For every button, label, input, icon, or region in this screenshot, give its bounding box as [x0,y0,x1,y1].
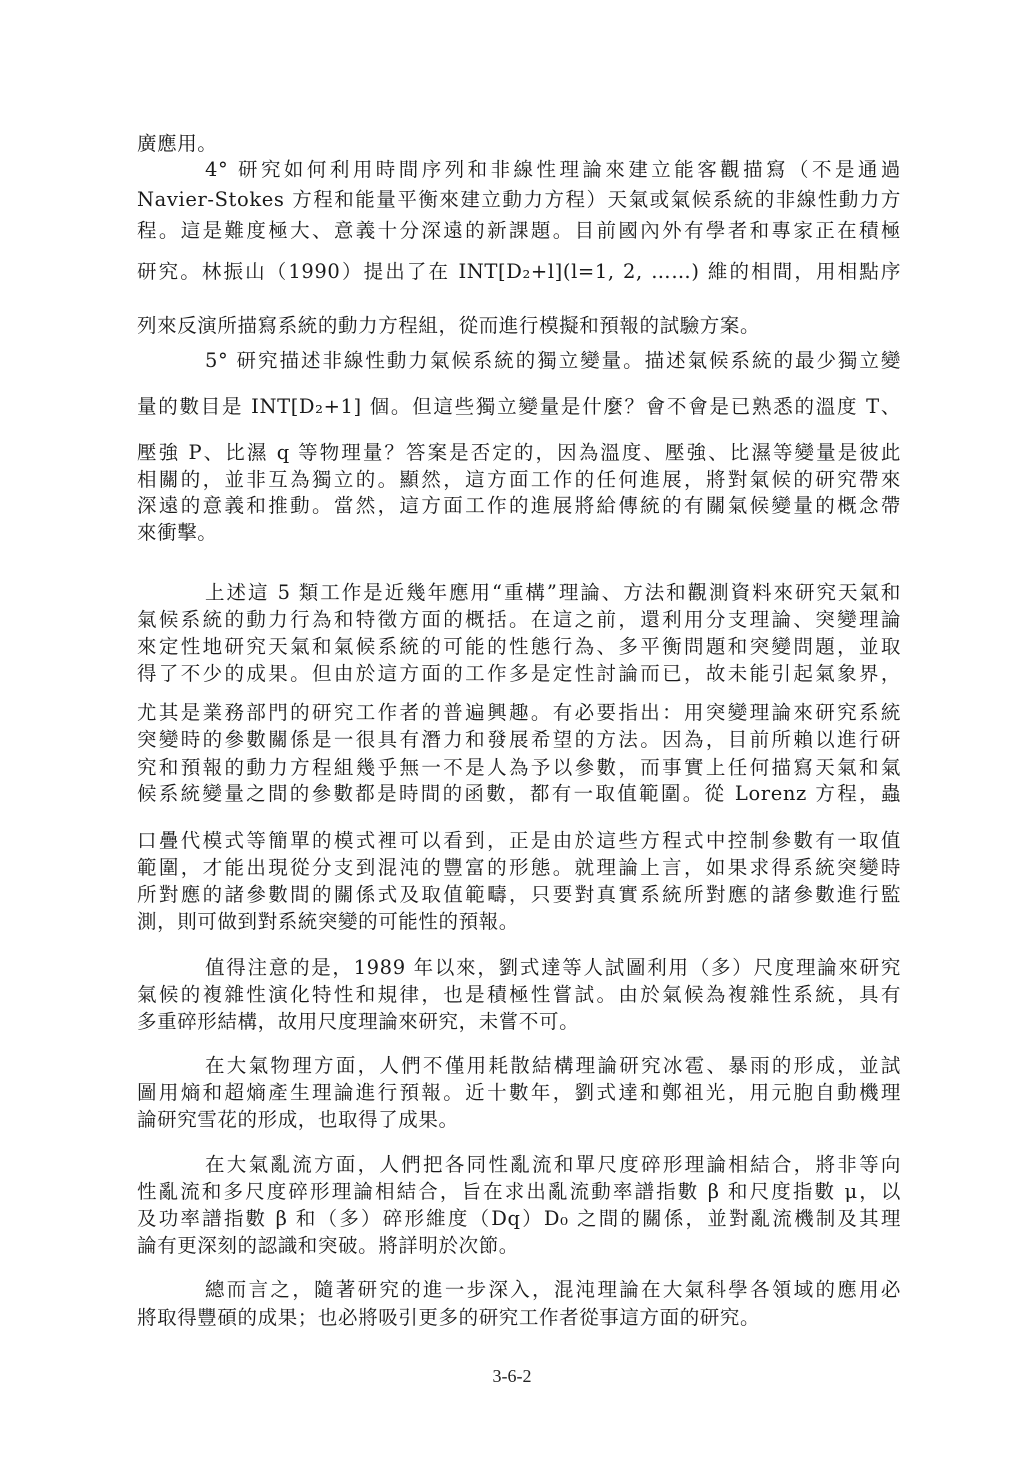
text-line: 上述這 5 類工作是近幾年應用“重構”理論、方法和觀測資料來研究天氣和 [205,580,901,606]
text-line: 程。這是難度極大、意義十分深遠的新課題。目前國內外有學者和專家正在積極 [137,218,901,244]
text-line: 多重碎形結構，故用尺度理論來研究，未嘗不可。 [137,1009,901,1035]
text-line: 在大氣亂流方面，人們把各同性亂流和單尺度碎形理論相結合，將非等向 [205,1152,901,1178]
text-line: 候系統變量之間的參數都是時間的函數，都有一取值範圍。從 Lorenz 方程，蟲 [137,781,901,807]
text-line: 來定性地研究天氣和氣候系統的可能的性態行為、多平衡問題和突變問題，並取 [137,634,901,660]
text-line: 性亂流和多尺度碎形理論相結合，旨在求出亂流動率譜指數 β 和尺度指數 μ，以 [137,1179,901,1205]
text-line: 深遠的意義和推動。當然，這方面工作的進展將給傳統的有關氣候變量的概念帶 [137,493,901,519]
text-line: 在大氣物理方面，人們不僅用耗散結構理論研究冰雹、暴雨的形成，並試 [205,1053,901,1079]
text-line: 值得注意的是，1989 年以來，劉式達等人試圖利用（多）尺度理論來研究 [205,955,901,981]
text-line: 論有更深刻的認識和突破。將詳明於次節。 [137,1233,901,1259]
text-line: 5° 研究描述非線性動力氣候系統的獨立變量。描述氣候系統的最少獨立變 [205,348,901,374]
text-line: 圖用熵和超熵產生理論進行預報。近十數年，劉式達和鄭祖光，用元胞自動機理 [137,1080,901,1106]
text-line: Navier-Stokes 方程和能量平衡來建立動力方程）天氣或氣候系統的非線性… [137,187,901,213]
text-line: 廣應用。 [137,131,901,157]
text-line: 口疊代模式等簡單的模式裡可以看到，正是由於這些方程式中控制參數有一取值 [137,828,901,854]
text-line: 研究。林振山（1990）提出了在 INT[D₂+l](l=1, 2, ……) 維… [137,259,901,285]
text-line: 及功率譜指數 β 和（多）碎形維度（Dq）D₀ 之間的關係，並對亂流機制及其理 [137,1206,901,1232]
text-line: 4° 研究如何利用時間序列和非線性理論來建立能客觀描寫（不是通過 [205,157,901,183]
text-line: 突變時的參數關係是一很具有潛力和發展希望的方法。因為，目前所賴以進行研 [137,727,901,753]
text-line: 尤其是業務部門的研究工作者的普遍興趣。有必要指出：用突變理論來研究系統 [137,700,901,726]
text-line: 總而言之，隨著研究的進一步深入，混沌理論在大氣科學各領域的應用必 [205,1277,901,1303]
text-line: 來衝擊。 [137,520,901,546]
text-line: 壓強 P、比濕 q 等物理量？答案是否定的，因為溫度、壓強、比濕等變量是彼此 [137,440,901,466]
text-line: 得了不少的成果。但由於這方面的工作多是定性討論而已，故未能引起氣象界， [137,661,901,687]
text-line: 論研究雪花的形成，也取得了成果。 [137,1107,901,1133]
text-line: 相關的，並非互為獨立的。顯然，這方面工作的任何進展，將對氣候的研究帶來 [137,467,901,493]
text-line: 測，則可做到對系統突變的可能性的預報。 [137,909,901,935]
text-line: 究和預報的動力方程組幾乎無一不是人為予以參數，而事實上任何描寫天氣和氣 [137,755,901,781]
text-line: 列來反演所描寫系統的動力方程組，從而進行模擬和預報的試驗方案。 [137,313,901,339]
text-line: 將取得豐碩的成果；也必將吸引更多的研究工作者從事這方面的研究。 [137,1305,901,1331]
text-line: 所對應的諸參數間的關係式及取值範疇，只要對真實系統所對應的諸參數進行監 [137,882,901,908]
text-line: 量的數目是 INT[D₂+1] 個。但這些獨立變量是什麼？會不會是已熟悉的溫度 … [137,394,901,420]
page-number: 3-6-2 [0,1366,1024,1387]
document-page: 廣應用。4° 研究如何利用時間序列和非線性理論來建立能客觀描寫（不是通過Navi… [0,0,1024,1473]
text-line: 氣候系統的動力行為和特徵方面的概括。在這之前，還利用分支理論、突變理論 [137,607,901,633]
text-line: 範圍，才能出現從分支到混沌的豐富的形態。就理論上言，如果求得系統突變時 [137,855,901,881]
text-line: 氣候的複雜性演化特性和規律，也是積極性嘗試。由於氣候為複雜性系統，具有 [137,982,901,1008]
